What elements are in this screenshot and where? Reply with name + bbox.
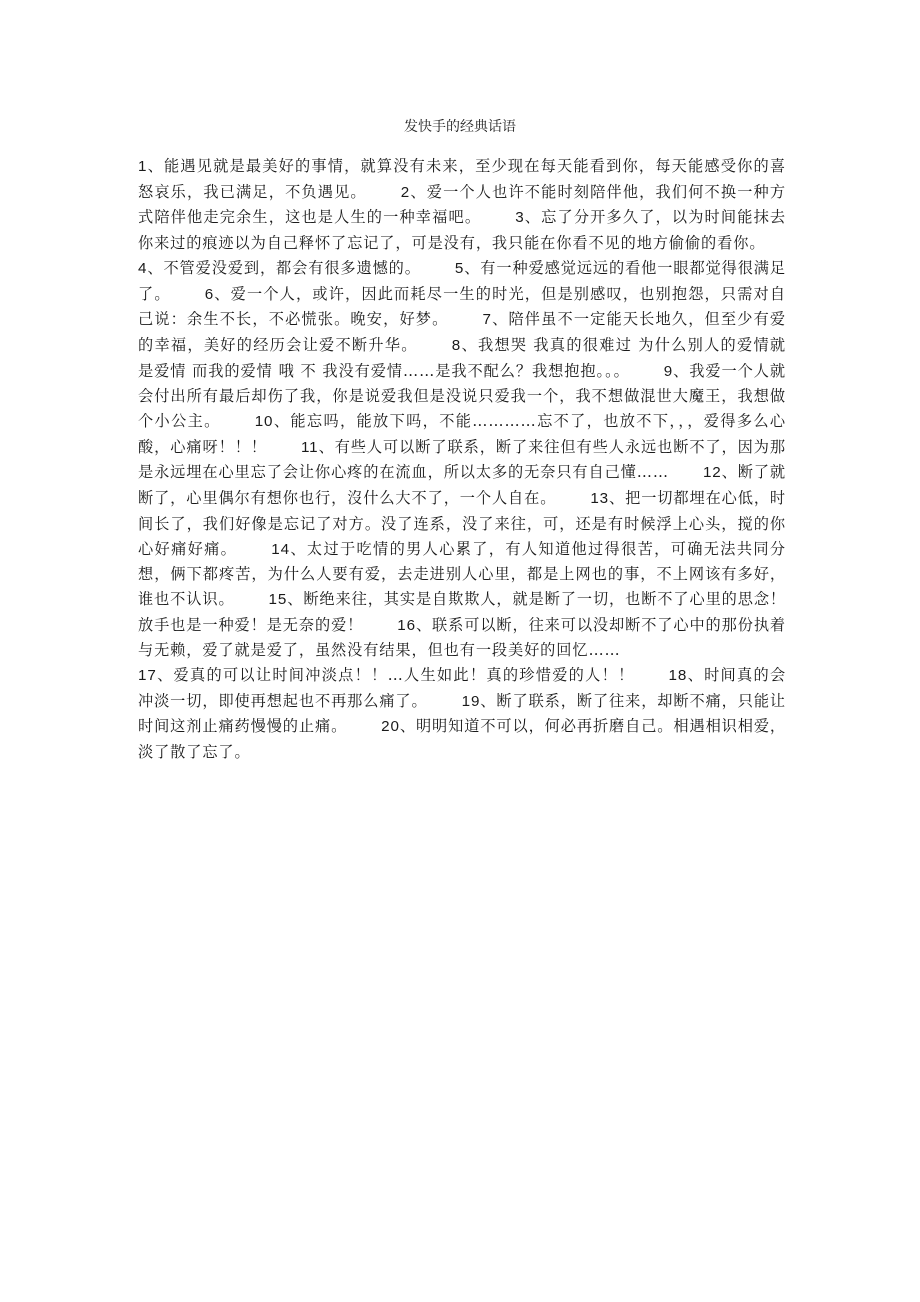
quote-number: 19、 [462,693,497,710]
quote-number: 1、 [138,158,164,175]
quote-text: 爱真的可以让时间冲淡点！！…人生如此！真的珍惜爱的人！！ [174,666,635,684]
quote-text: 不管爱没爱到，都会有很多遗憾的。 [163,259,420,277]
quote-number: 9、 [664,363,690,380]
quote-number: 3、 [515,209,541,226]
quote-number: 10、 [255,413,291,430]
quote-number: 17、 [138,667,174,684]
quote-number: 8、 [452,337,478,354]
quote-number: 15、 [269,591,304,608]
quote-number: 7、 [483,311,509,328]
quote-number: 14、 [271,541,307,558]
quote-number: 6、 [205,286,231,303]
quote-number: 4、 [138,260,163,277]
quote-number: 12、 [703,464,738,481]
document-body: 1、能遇见就是最美好的事情，就算没有未来，至少现在每天能看到你，每天能感受你的喜… [138,154,786,765]
document-page: 发快手的经典话语 1、能遇见就是最美好的事情，就算没有未来，至少现在每天能看到你… [0,0,920,1302]
quote-item-17: 17、爱真的可以让时间冲淡点！！…人生如此！真的珍惜爱的人！！ [138,666,635,684]
quote-number: 5、 [455,260,480,277]
quote-number: 18、 [669,667,705,684]
quote-number: 13、 [590,490,625,507]
document-title: 发快手的经典话语 [0,117,920,137]
quote-number: 2、 [401,184,427,201]
quote-number: 16、 [397,617,432,634]
quote-number: 11、 [301,439,335,456]
quote-item-4: 4、不管爱没爱到，都会有很多遗憾的。 [138,259,421,277]
quote-number: 20、 [381,718,416,735]
